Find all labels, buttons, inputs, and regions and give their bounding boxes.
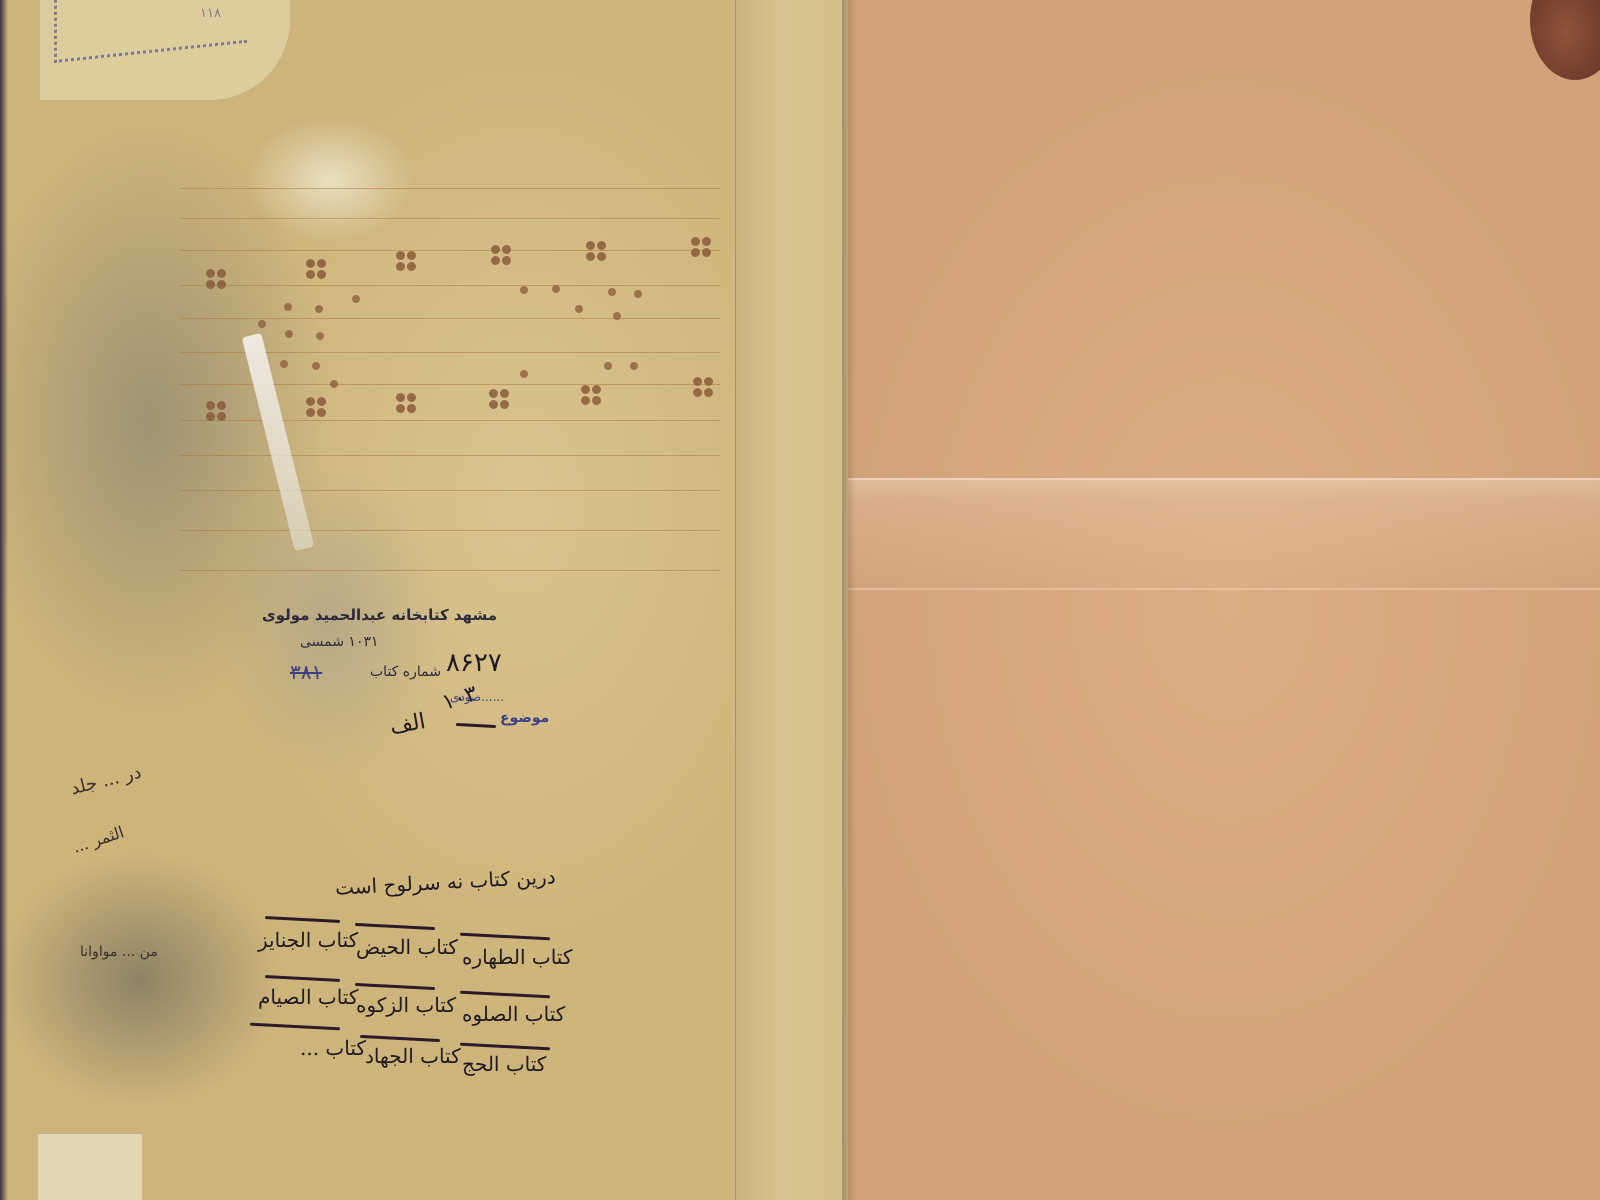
ornament-dot <box>284 303 292 311</box>
ornament-dot <box>330 380 338 388</box>
library-stamp-title: مشهد کتابخانه عبدالحمید مولوی <box>262 606 497 624</box>
margin-note: من ... مواوانا <box>80 944 158 960</box>
ornament-dot <box>604 362 612 370</box>
contents-item: کتاب ... <box>300 1036 366 1060</box>
contents-item: کتاب الصیام <box>258 985 358 1009</box>
ruling-line <box>180 570 720 571</box>
rosette-ornament-icon <box>488 388 510 410</box>
library-stamp-year: ۱۳۰۱ شمسی <box>300 634 379 650</box>
rosette-ornament-icon <box>395 250 417 272</box>
ornament-dot <box>285 330 293 338</box>
contents-item: کتاب الزکوه <box>356 993 456 1017</box>
contents-item: کتاب الحیض <box>356 935 458 959</box>
ornament-dot <box>552 285 560 293</box>
ornament-dot <box>608 288 616 296</box>
rosette-ornament-icon <box>205 400 227 422</box>
rosette-ornament-icon <box>305 396 327 418</box>
ornament-dot <box>520 370 528 378</box>
fold-crease <box>848 588 1600 590</box>
ruling-line <box>180 530 720 531</box>
ornament-dot <box>575 305 583 313</box>
ruling-line <box>180 318 720 319</box>
ornament-dot <box>312 362 320 370</box>
rosette-ornament-icon <box>692 376 714 398</box>
right-flyleaf <box>848 0 1600 1200</box>
ornament-dot <box>258 320 266 328</box>
ornament-dot <box>316 332 324 340</box>
ornament-dot <box>280 360 288 368</box>
contents-item: کتاب الصلوه <box>462 1002 565 1026</box>
ruling-line <box>180 490 720 491</box>
rosette-ornament-icon <box>305 258 327 280</box>
contents-item: کتاب الحج <box>462 1052 546 1076</box>
ornament-dot <box>634 290 642 298</box>
gutter-shadow <box>842 0 856 1200</box>
contents-item: کتاب الجنایز <box>258 928 358 952</box>
stamp-box-text: ۱۱۸ <box>200 6 221 21</box>
ornament-dot <box>613 312 621 320</box>
contents-item: کتاب الطهاره <box>462 945 572 969</box>
rosette-ornament-icon <box>395 392 417 414</box>
handwritten-number: ۸۶۲۷ <box>446 648 502 678</box>
ruling-line <box>180 188 720 189</box>
ornament-dot <box>630 362 638 370</box>
fold-crease <box>848 478 1600 480</box>
paper-patch-bottom <box>38 1133 142 1200</box>
ruling-line <box>180 218 720 219</box>
manuscript-spread: ۱۱۸ مشهد کتابخانه عبدالحمید مولوی ۱۳۰ <box>0 0 1600 1200</box>
contents-item: کتاب الجهاد <box>365 1044 461 1068</box>
rosette-ornament-icon <box>690 236 712 258</box>
binding-edge <box>0 0 8 1200</box>
ornament-dot <box>352 295 360 303</box>
book-number-value: ۳۸۱ <box>290 660 322 684</box>
ruling-line <box>180 285 720 286</box>
book-number-label: شماره کتاب <box>370 664 441 680</box>
rosette-ornament-icon <box>490 244 512 266</box>
inner-margin <box>735 0 849 1200</box>
ruling-line <box>180 420 720 421</box>
left-folio <box>0 0 848 1200</box>
rosette-ornament-icon <box>205 268 227 290</box>
ornament-dot <box>520 286 528 294</box>
subject-label: موضوع <box>500 710 549 726</box>
rosette-ornament-icon <box>580 384 602 406</box>
ornament-dot <box>315 305 323 313</box>
ruling-line <box>180 455 720 456</box>
ruling-line <box>180 250 720 251</box>
rosette-ornament-icon <box>585 240 607 262</box>
